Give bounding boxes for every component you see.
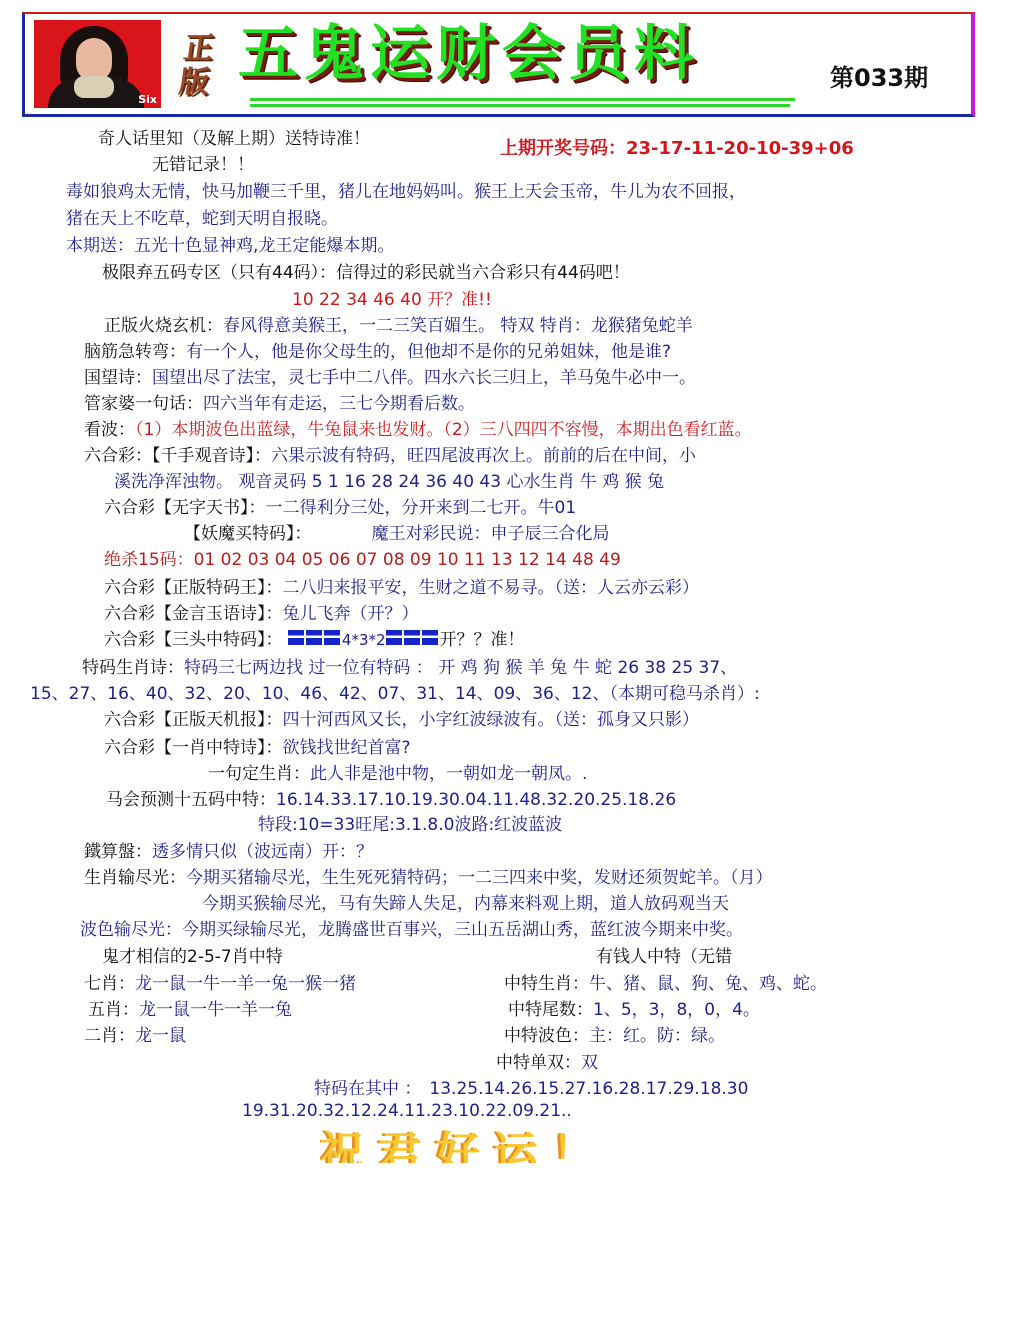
wave-line: 看波：（1）本期波色出蓝绿，牛兔鼠来也发财。（2）三八四四不容慢，本期出色看红蓝… bbox=[84, 415, 752, 440]
zhengban-badge: 正版 bbox=[165, 32, 227, 106]
yixiao-label: 六合彩【一肖中特诗】： bbox=[104, 738, 283, 758]
wave-label: 看波： bbox=[84, 420, 135, 440]
zone-label: 极限弃五码专区（只有44码）：信得过的彩民就当六合彩只有44码吧！ bbox=[102, 258, 630, 283]
guowang-label: 国望诗： bbox=[84, 368, 152, 388]
no-error-line: 无错记录！！ bbox=[152, 150, 254, 175]
color-lose-label: 波色输尽光： bbox=[80, 920, 182, 940]
tiesuan-line: 鐵算盤：透多情只似（波远南）开：？ bbox=[84, 837, 373, 862]
guowang-line: 国望诗：国望出尽了法宝，灵七手中二八伴。四水六长三归上，羊马兔牛必中一。 bbox=[84, 363, 696, 388]
avatar-photo: Six bbox=[34, 20, 161, 108]
yaomo-line: 【妖魔买特码】：魔王对彩民说：申子辰三合化局 bbox=[184, 519, 610, 544]
riddle-line: 脑筋急转弯：有一个人，他是你父母生的，但他却不是你的兄弟姐妹，他是谁? bbox=[84, 337, 671, 362]
fire-text: 春风得意美猴王，一二三笑百媚生。 特双 特肖：龙猴猪兔蛇羊 bbox=[223, 316, 693, 336]
tianji-text: 四十河西风又长，小字红波绿波有。（送：孤身又只影） bbox=[283, 710, 700, 730]
guanyin-text-2: 溪洗净浑浊物。 观音灵码 5 1 16 28 24 36 40 43 心水生肖 … bbox=[114, 467, 664, 492]
right-box-row: 中特生肖：牛、猪、鼠、狗、兔、鸡、蛇。 bbox=[504, 969, 827, 994]
sx-lose-label: 生肖输尽光： bbox=[84, 868, 186, 888]
sx-poem-label: 特码生肖诗： bbox=[82, 658, 184, 678]
tiesuan-text: 透多情只似（波远南）开：？ bbox=[152, 842, 373, 862]
special-numbers-1: 13.25.14.26.15.27.16.28.17.29.18.30 bbox=[429, 1079, 748, 1099]
sx-poem-text-1: 特码三七两边找 过一位有特码 ： 开 鸡 狗 猴 羊 兔 牛 蛇 26 38 2… bbox=[184, 658, 737, 678]
riddle-label: 脑筋急转弯： bbox=[84, 342, 186, 362]
right-row-label: 中特波色： bbox=[504, 1026, 589, 1046]
special-label: 特码在其中 ： bbox=[314, 1079, 421, 1099]
special-line-1: 特码在其中 ：13.25.14.26.15.27.16.28.17.29.18.… bbox=[314, 1074, 748, 1099]
special-numbers-2: 19.31.20.32.12.24.11.23.10.22.09.21.. bbox=[242, 1101, 572, 1121]
poem-line-2: 猪在天上不吃草，蛇到天明自报晓。 bbox=[66, 204, 338, 229]
right-box-title: 有钱人中特（无错 bbox=[596, 942, 732, 967]
mahui-line: 马会预测十五码中特：16.14.33.17.10.19.30.04.11.48.… bbox=[106, 785, 676, 810]
left-box-row: 二肖：龙一鼠 bbox=[84, 1021, 186, 1046]
jinyan-text: 兔儿飞奔（开？） bbox=[283, 604, 419, 624]
sx-poem-line: 特码生肖诗：特码三七两边找 过一位有特码 ： 开 鸡 狗 猴 羊 兔 牛 蛇 2… bbox=[82, 653, 737, 678]
poem-line-1: 毒如狼鸡太无情，快马加鞭三千里，猪儿在地妈妈叫。猴王上天会玉帝，牛儿为农不回报， bbox=[66, 177, 746, 202]
yixiao-line: 六合彩【一肖中特诗】：欲钱找世纪首富? bbox=[104, 733, 411, 758]
right-box-row: 中特尾数：1、5，3，8，0，4。 bbox=[508, 995, 760, 1020]
right-box-row: 中特单双：双 bbox=[496, 1048, 598, 1073]
kill15-line: 绝杀15码：01 02 03 04 05 06 07 08 09 10 11 1… bbox=[104, 545, 621, 570]
send-line: 本期送：五光十色显神鸡,龙王定能爆本期。 bbox=[66, 231, 394, 256]
tianji-line: 六合彩【正版天机报】：四十河西风又长，小字红波绿波有。（送：孤身又只影） bbox=[104, 705, 699, 730]
tmw-line: 六合彩【正版特码王】：二八归来报平安，生财之道不易寻。（送：人云亦云彩） bbox=[104, 573, 699, 598]
santou-label: 六合彩【三头中特码】： bbox=[104, 630, 283, 650]
yiju-line: 一句定生肖：此人非是池中物，一朝如龙一朝凤。. bbox=[208, 759, 587, 784]
right-row-label: 中特生肖： bbox=[504, 974, 589, 994]
right-row-label: 中特单双： bbox=[496, 1053, 581, 1073]
left-row-label: 七肖： bbox=[84, 974, 135, 994]
housekeeper-line: 管家婆一句话：四六当年有走运，三七今期看后数。 bbox=[84, 389, 475, 414]
tianji-label: 六合彩【正版天机报】： bbox=[104, 710, 283, 730]
santou-mid: 4*3*2 bbox=[342, 631, 386, 649]
housekeeper-text: 四六当年有走运，三七今期看后数。 bbox=[203, 394, 475, 414]
right-row-label: 中特尾数： bbox=[508, 1000, 593, 1020]
sx-lose-line: 生肖输尽光：今期买猪输尽光，生生死死猜特码；一二三四来中奖，发财还须贺蛇羊。（月… bbox=[84, 863, 773, 888]
jinyan-line: 六合彩【金言玉语诗】：兔儿飞奔（开？） bbox=[104, 599, 419, 624]
guanyin-line: 六合彩：【千手观音诗】：六果示波有特码，旺四尾波再次上。前前的后在中间，小 bbox=[84, 441, 696, 466]
santou-line: 六合彩【三头中特码】： 4*3*2开？？准！ bbox=[104, 625, 525, 650]
guanyin-label: 六合彩：【千手观音诗】： bbox=[84, 446, 271, 466]
tmw-label: 六合彩【正版特码王】： bbox=[104, 578, 283, 598]
right-row-value: 1、5，3，8，0，4。 bbox=[593, 1000, 760, 1020]
fire-line: 正版火烧玄机：春风得意美猴王，一二三笑百媚生。 特双 特肖：龙猴猪兔蛇羊 bbox=[104, 311, 693, 336]
mahui-label: 马会预测十五码中特： bbox=[106, 790, 276, 810]
color-lose-line: 波色输尽光：今期买绿输尽光，龙腾盛世百事兴，三山五岳湖山秀，蓝红波今期来中奖。 bbox=[80, 915, 743, 940]
color-lose-text: 今期买绿输尽光，龙腾盛世百事兴，三山五岳湖山秀，蓝红波今期来中奖。 bbox=[182, 920, 743, 940]
wuzi-line: 六合彩【无字天书】：一二得利分三处，分开来到二七开。牛01 bbox=[104, 493, 576, 518]
title-underline bbox=[250, 98, 795, 101]
mahui-text: 16.14.33.17.10.19.30.04.11.48.32.20.25.1… bbox=[276, 790, 676, 810]
fire-label: 正版火烧玄机： bbox=[104, 316, 223, 336]
right-row-value: 双 bbox=[581, 1053, 598, 1073]
left-row-value: 龙一鼠一牛一羊一兔 bbox=[139, 1000, 292, 1020]
title-underline-2 bbox=[250, 104, 790, 107]
left-row-value: 龙一鼠一牛一羊一兔一猴一猪 bbox=[135, 974, 356, 994]
santou-end: 开？？准！ bbox=[440, 630, 525, 650]
bars-icon-right bbox=[386, 630, 440, 650]
left-row-value: 龙一鼠 bbox=[135, 1026, 186, 1046]
guanyin-text-1: 六果示波有特码，旺四尾波再次上。前前的后在中间，小 bbox=[271, 446, 696, 466]
yiju-text: 此人非是池中物，一朝如龙一朝凤。. bbox=[310, 764, 587, 784]
left-box-row: 五肖：龙一鼠一牛一羊一兔 bbox=[88, 995, 292, 1020]
right-row-value: 主：红。防：绿。 bbox=[589, 1026, 725, 1046]
left-row-label: 五肖： bbox=[88, 1000, 139, 1020]
left-box-title: 鬼才相信的2-5-7肖中特 bbox=[102, 942, 283, 967]
yaomo-label: 【妖魔买特码】： bbox=[184, 524, 312, 544]
yixiao-text: 欲钱找世纪首富? bbox=[283, 738, 411, 758]
sx-lose-text-2: 今期买猴输尽光，马有失蹄人失足，内幕来料观上期，道人放码观当天 bbox=[202, 889, 729, 914]
good-luck-banner: 祝君好运！ bbox=[320, 1125, 620, 1163]
sx-poem-text-2: 15、27、16、40、32、20、10、46、42、07、31、14、09、3… bbox=[30, 679, 760, 704]
sx-lose-text: 今期买猪输尽光，生生死死猜特码；一二三四来中奖，发财还须贺蛇羊。（月） bbox=[186, 868, 773, 888]
wuzi-text: 一二得利分三处，分开来到二七开。牛01 bbox=[266, 498, 577, 518]
jinyan-label: 六合彩【金言玉语诗】： bbox=[104, 604, 283, 624]
wave-text: （1）本期波色出蓝绿，牛兔鼠来也发财。（2）三八四四不容慢，本期出色看红蓝。 bbox=[135, 420, 752, 440]
bars-icon-left bbox=[288, 630, 342, 650]
teduan-line: 特段:10=33旺尾:3.1.8.0波路:红波蓝波 bbox=[258, 810, 562, 835]
left-row-label: 二肖： bbox=[84, 1026, 135, 1046]
yiju-label: 一句定生肖： bbox=[208, 764, 310, 784]
right-row-value: 牛、猪、鼠、狗、兔、鸡、蛇。 bbox=[589, 974, 827, 994]
right-box-row: 中特波色：主：红。防：绿。 bbox=[504, 1021, 725, 1046]
guowang-text: 国望出尽了法宝，灵七手中二八伴。四水六长三归上，羊马兔牛必中一。 bbox=[152, 368, 696, 388]
issue-number: 第033期 bbox=[830, 58, 928, 93]
housekeeper-label: 管家婆一句话： bbox=[84, 394, 203, 414]
wuzi-label: 六合彩【无字天书】： bbox=[104, 498, 266, 518]
photo-watermark: Six bbox=[138, 93, 157, 106]
riddle-text: 有一个人，他是你父母生的，但他却不是你的兄弟姐妹，他是谁? bbox=[186, 342, 671, 362]
yaomo-text: 魔王对彩民说：申子辰三合化局 bbox=[372, 524, 610, 544]
tiesuan-label: 鐵算盤： bbox=[84, 842, 152, 862]
left-box-row: 七肖：龙一鼠一牛一羊一兔一猴一猪 bbox=[84, 969, 356, 994]
tmw-text: 二八归来报平安，生财之道不易寻。（送：人云亦云彩） bbox=[283, 578, 700, 598]
intro-line: 奇人话里知（及解上期）送特诗准！ bbox=[98, 124, 370, 149]
page-title: 五鬼运财会员料 bbox=[238, 22, 700, 86]
zone-numbers: 10 22 34 46 40 开？准!! bbox=[292, 285, 492, 310]
photo-scarf bbox=[74, 76, 114, 98]
last-draw-numbers: 上期开奖号码：23-17-11-20-10-39+06 bbox=[500, 134, 854, 160]
